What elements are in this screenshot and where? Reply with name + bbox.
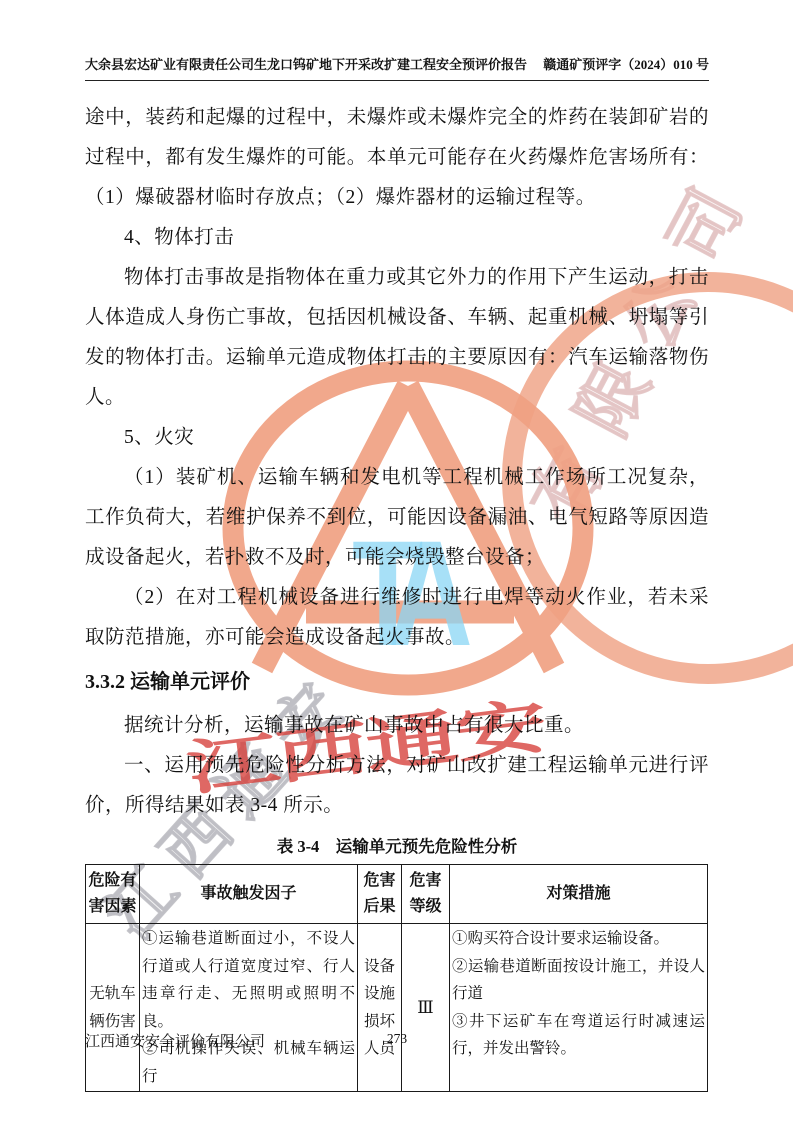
paragraph-fire-2: （2）在对工程机械设备进行维修时进行电焊等动火作业，若未采取防范措施，亦可能会造… (85, 578, 709, 658)
cell-consequence: 设备设施损坏人员 (358, 924, 402, 1092)
col-header-measures: 对策措施 (450, 865, 708, 924)
cell-measures: ①购买符合设计要求运输设备。 ②运输巷道断面按设计施工，并设人行道 ③井下运矿车… (450, 924, 708, 1092)
header-report-title: 大余县宏达矿业有限责任公司生龙口钨矿地下开采改扩建工程安全预评价报告 (85, 54, 527, 73)
cell-hazard-factor: 无轨车辆伤害 (86, 924, 140, 1092)
table-caption: 表 3-4 运输单元预先危险性分析 (85, 836, 709, 858)
document-page: 江西通安 有限公司 TA 江西通安 大余县宏达矿业有限责任公司生龙口钨矿地下开采… (0, 0, 793, 1122)
col-header-trigger: 事故触发因子 (140, 865, 358, 924)
paragraph-explosive-transport: 途中，装药和起爆的过程中，未爆炸或未爆炸完全的炸药在装卸矿岩的过程中，都有发生爆… (85, 98, 709, 218)
list-heading-fire: 5、火灾 (85, 418, 709, 458)
paragraph-fire-1: （1）装矿机、运输车辆和发电机等工程机械工作场所工况复杂，工作负荷大，若维护保养… (85, 458, 709, 578)
col-header-hazard-factor: 危险有害因素 (86, 865, 140, 924)
list-heading-object-strike: 4、物体打击 (85, 218, 709, 258)
trigger-item: ①运输巷道断面过小，不设人行道或人行道宽度过窄、行人违章行走、无照明或照明不良。 (142, 925, 355, 1035)
measure-item: ②运输巷道断面按设计施工，并设人行道 (452, 953, 705, 1008)
table-row: 无轨车辆伤害 ①运输巷道断面过小，不设人行道或人行道宽度过窄、行人违章行走、无照… (86, 924, 708, 1092)
paragraph-statistics: 据统计分析，运输事故在矿山事故中占有很大比重。 (85, 706, 709, 746)
cell-hazard-level: Ⅲ (402, 924, 450, 1092)
table-header-row: 危险有害因素 事故触发因子 危害后果 危害等级 对策措施 (86, 865, 708, 924)
col-header-level: 危害等级 (402, 865, 450, 924)
document-body: 途中，装药和起爆的过程中，未爆炸或未爆炸完全的炸药在装卸矿岩的过程中，都有发生爆… (85, 98, 709, 1092)
measure-item: ①购买符合设计要求运输设备。 (452, 925, 705, 953)
paragraph-object-strike: 物体打击事故是指物体在重力或其它外力的作用下产生运动，打击人体造成人身伤亡事故，… (85, 258, 709, 418)
hazard-analysis-table: 危险有害因素 事故触发因子 危害后果 危害等级 对策措施 无轨车辆伤害 ①运输巷… (85, 864, 708, 1092)
page-header: 大余县宏达矿业有限责任公司生龙口钨矿地下开采改扩建工程安全预评价报告 赣通矿预评… (85, 54, 709, 81)
header-doc-number: 赣通矿预评字（2024）010 号 (543, 54, 709, 73)
col-header-consequence: 危害后果 (358, 865, 402, 924)
footer-page-number: 273 (85, 1031, 709, 1047)
paragraph-method: 一、运用预先危险性分析方法，对矿山改扩建工程运输单元进行评价，所得结果如表 3-… (85, 746, 709, 826)
cell-triggers: ①运输巷道断面过小，不设人行道或人行道宽度过窄、行人违章行走、无照明或照明不良。… (140, 924, 358, 1092)
section-heading-3-3-2: 3.3.2 运输单元评价 (85, 662, 709, 702)
